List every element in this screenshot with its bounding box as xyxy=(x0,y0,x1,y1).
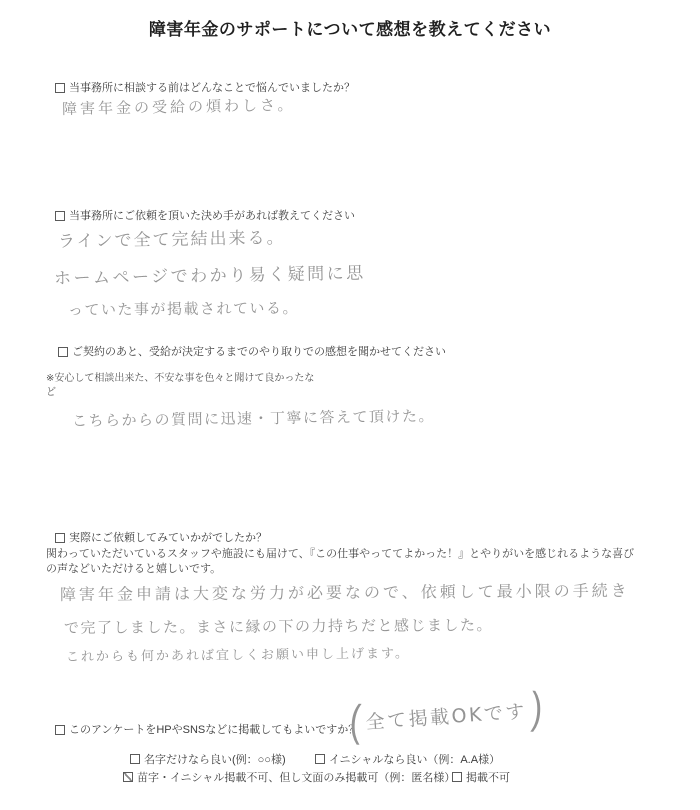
publish-option-lastname-label: 名字だけなら良い(例：○○様) xyxy=(144,751,286,767)
question-4-description: 関わっていただいているスタッフや施設にも届けて、『この仕事やっててよかった！』と… xyxy=(46,547,644,577)
publish-option-lastname: 名字だけなら良い(例：○○様) xyxy=(130,751,286,767)
answer-2-handwriting-line-2: ホームページでわかり易く疑問に思 xyxy=(54,259,366,289)
question-4: 実際にご依頼してみていかがでしたか？ xyxy=(55,532,267,545)
answer-4-handwriting-line-1: 障害年金申請は大変な労力が必要なので、依頼して最小限の手続き xyxy=(60,578,630,605)
question-2-label: 当事務所にご依頼を頂いた決め手があれば教えてください xyxy=(69,210,355,223)
question-1-label: 当事務所に相談する前はどんなことで悩んでいましたか？ xyxy=(69,82,355,95)
checkbox-icon xyxy=(55,83,65,93)
question-4-label: 実際にご依頼してみていかがでしたか？ xyxy=(69,532,267,545)
answer-4-handwriting-line-2: で完了しました。まさに縁の下の力持ちだと感じました。 xyxy=(64,614,493,638)
checkbox-icon xyxy=(55,725,65,735)
checkbox-icon[interactable] xyxy=(452,772,462,782)
publish-option-no-publish: 掲載不可 xyxy=(452,769,510,785)
question-3-label: ご契約のあと、受給が決定するまでのやり取りでの感想を聞かせてください xyxy=(72,346,446,359)
answer-5-handwriting-text: 全て掲載OKです xyxy=(365,696,528,734)
handwritten-open-paren: ( xyxy=(349,697,362,746)
checkbox-icon xyxy=(58,347,68,357)
checkbox-checked-icon[interactable] xyxy=(123,772,133,782)
answer-3-handwriting: こちらからの質問に迅速・丁寧に答えて頂けた。 xyxy=(72,405,435,431)
publish-option-initials-label: イニシャルなら良い（例：A.A様） xyxy=(329,751,500,767)
survey-form-page: 障害年金のサポートについて感想を教えてください 当事務所に相談する前はどんなこと… xyxy=(0,0,700,810)
checkbox-icon[interactable] xyxy=(315,754,325,764)
answer-1-handwriting: 障害年金の受給の煩わしさ。 xyxy=(62,94,296,119)
publish-option-anonymous-label: 苗字・イニシャル掲載不可、但し文面のみ掲載可（例：匿名様） xyxy=(137,769,455,785)
question-1: 当事務所に相談する前はどんなことで悩んでいましたか？ xyxy=(55,82,355,95)
page-title: 障害年金のサポートについて感想を教えてください xyxy=(0,15,700,40)
checkbox-icon[interactable] xyxy=(130,754,140,764)
handwritten-close-paren: ) xyxy=(530,685,543,734)
checkbox-icon xyxy=(55,211,65,221)
question-2: 当事務所にご依頼を頂いた決め手があれば教えてください xyxy=(55,210,355,223)
publish-option-initials: イニシャルなら良い（例：A.A様） xyxy=(315,751,500,767)
answer-2-handwriting-line-1: ラインで全て完結出来る。 xyxy=(58,223,286,252)
checkbox-icon xyxy=(55,533,65,543)
answer-2-handwriting-line-3: っていた事が掲載されている。 xyxy=(68,297,299,320)
question-5-label: このアンケートをHPやSNSなどに掲載してもよいですか？ xyxy=(69,724,359,737)
question-3: ご契約のあと、受給が決定するまでのやり取りでの感想を聞かせてください xyxy=(58,346,446,359)
publish-option-anonymous: 苗字・イニシャル掲載不可、但し文面のみ掲載可（例：匿名様） xyxy=(123,769,455,785)
question-5: このアンケートをHPやSNSなどに掲載してもよいですか？ xyxy=(55,724,359,737)
question-3-hint: ※安心して相談出来た、不安な事を色々と聞けて良かったなど xyxy=(46,372,318,400)
answer-4-handwriting-line-3: これからも何かあれば宜しくお願い申し上げます。 xyxy=(66,642,410,665)
answer-5-handwriting-annotation: ( 全て掲載OKです ) xyxy=(346,684,546,746)
publish-option-no-publish-label: 掲載不可 xyxy=(466,769,510,785)
